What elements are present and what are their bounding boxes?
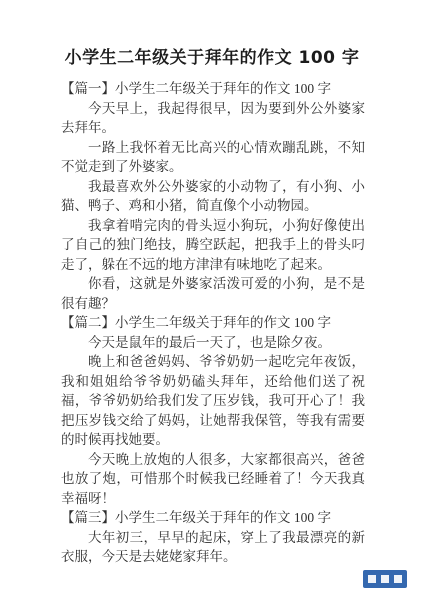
page-title: 小学生二年级关于拜年的作文 100 字 (0, 0, 424, 70)
essay-paragraph: 一路上我怀着无比高兴的心情欢蹦乱跳，不知不觉走到了外婆家。 (61, 138, 365, 177)
essay-paragraph: 我拿着啃完肉的骨头逗小狗玩，小狗好像使出了自己的独门绝技，腾空跃起，把我手上的骨… (61, 216, 365, 275)
essay-paragraph: 今天早上，我起得很早，因为要到外公外婆家去拜年。 (61, 99, 365, 138)
document-page: 小学生二年级关于拜年的作文 100 字 【篇一】小学生二年级关于拜年的作文 10… (0, 0, 424, 600)
watermark-badge (363, 570, 407, 588)
essay-paragraph: 晚上和爸爸妈妈、爷爷奶奶一起吃完年夜饭，我和姐姐给爷爷奶奶磕头拜年，还给他们送了… (61, 352, 365, 450)
essay-paragraph: 大年初三，早早的起床，穿上了我最漂亮的新衣服，今天是去姥姥家拜年。 (61, 528, 365, 567)
essay-content: 【篇一】小学生二年级关于拜年的作文 100 字今天早上，我起得很早，因为要到外公… (61, 79, 365, 567)
essay-paragraph: 今天晚上放炮的人很多，大家都很高兴，爸爸也放了炮，可惜那个时候我已经睡着了！今天… (61, 450, 365, 509)
essay-paragraph: 我最喜欢外公外婆家的小动物了，有小狗、小猫、鸭子、鸡和小猪，简直像个小动物园。 (61, 177, 365, 216)
essay-heading: 【篇二】小学生二年级关于拜年的作文 100 字 (61, 313, 365, 333)
essay-heading: 【篇三】小学生二年级关于拜年的作文 100 字 (61, 508, 365, 528)
essay-paragraph: 你看，这就是外婆家活泼可爱的小狗，是不是很有趣？ (61, 274, 365, 313)
essay-heading: 【篇一】小学生二年级关于拜年的作文 100 字 (61, 79, 365, 99)
essay-paragraph: 今天是鼠年的最后一天了，也是除夕夜。 (61, 333, 365, 353)
